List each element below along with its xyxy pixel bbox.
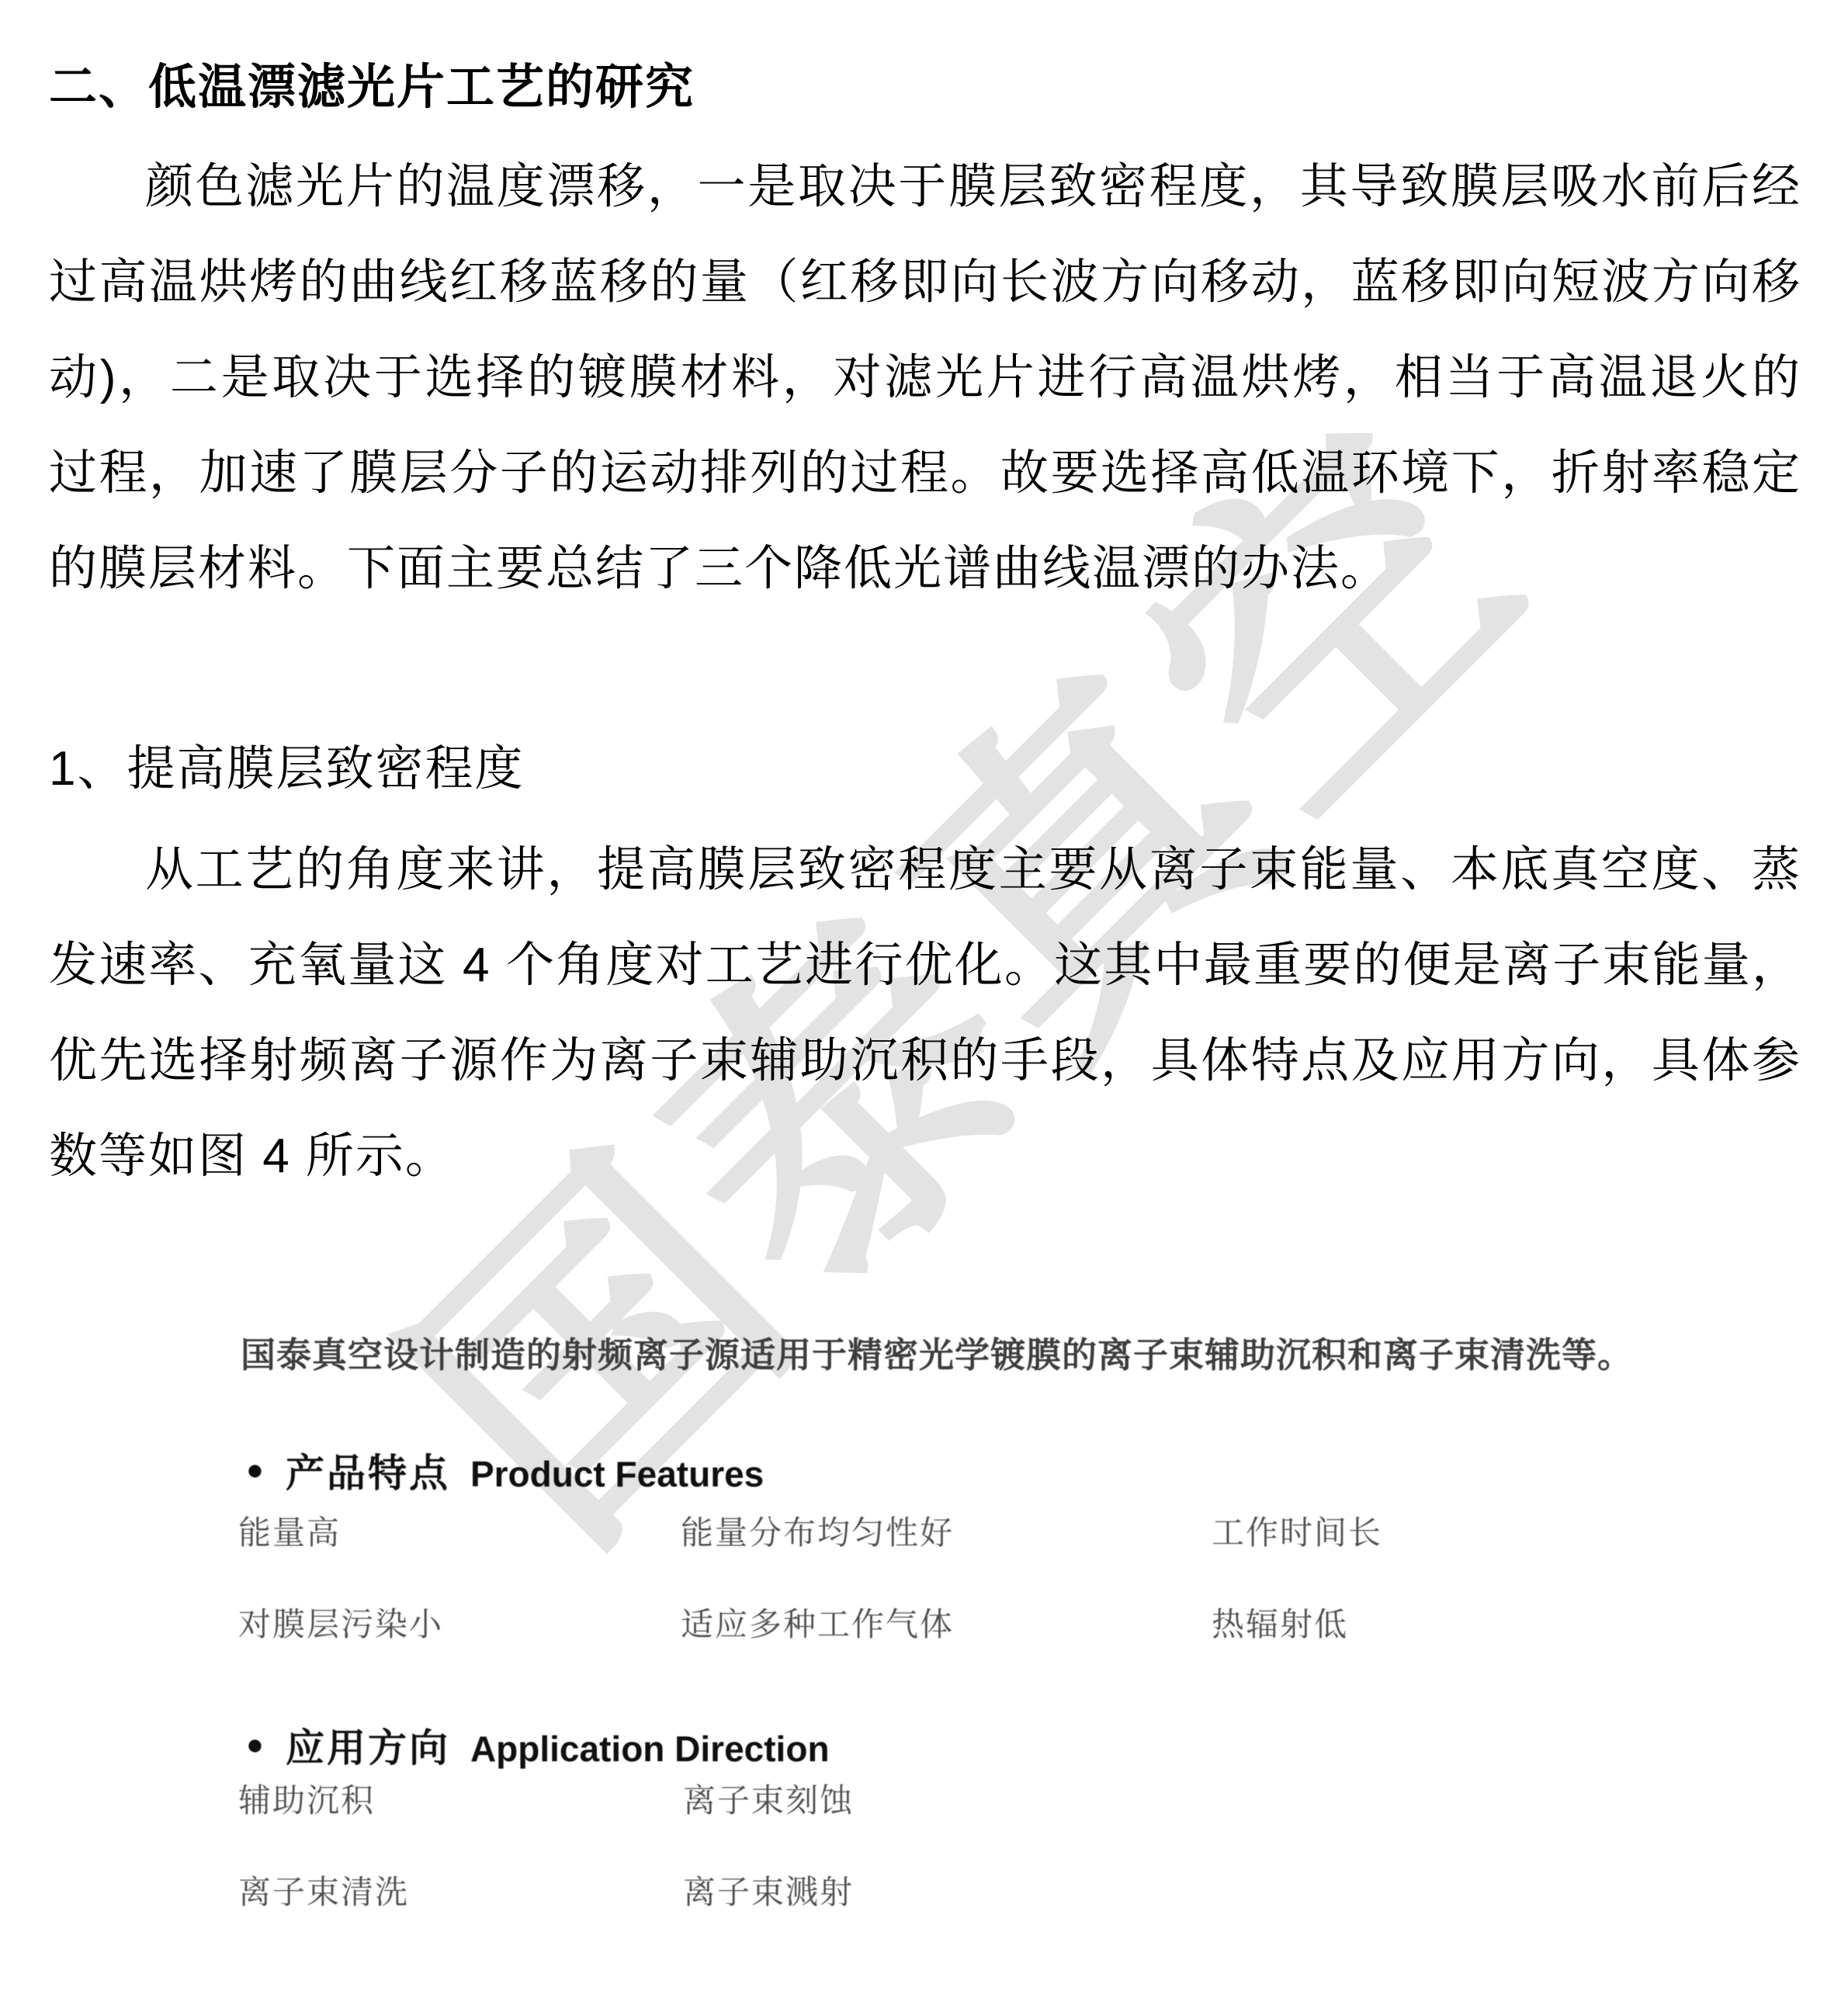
figure-caption: 国泰真空设计制造的射频离子源适用于精密光学镀膜的离子束辅助沉积和离子束清洗等。 bbox=[241, 1334, 1633, 1377]
product-features-row-2: 对膜层污染小 适应多种工作气体 热辐射低 bbox=[238, 1605, 1713, 1652]
application-item: 离子束清洗 bbox=[238, 1873, 409, 1913]
application-row-2: 离子束清洗 离子束溅射 bbox=[238, 1873, 1713, 1920]
application-row-1: 辅助沉积 离子束刻蚀 bbox=[238, 1781, 1713, 1828]
paragraph-process-optimization: 从工艺的角度来讲，提高膜层致密程度主要从离子束能量、本底真空度、蒸发速率、充氧量… bbox=[49, 822, 1801, 1204]
page-title: 二、低温漂滤光片工艺的研究 bbox=[49, 61, 695, 115]
feature-item: 能量分布均匀性好 bbox=[681, 1514, 954, 1554]
product-features-header: ● 产品特点 Product Features bbox=[246, 1442, 764, 1498]
feature-item: 能量高 bbox=[238, 1514, 341, 1554]
product-features-title-en: Product Features bbox=[470, 1453, 764, 1495]
feature-item: 对膜层污染小 bbox=[238, 1605, 443, 1646]
product-features-row-1: 能量高 能量分布均匀性好 工作时间长 bbox=[238, 1514, 1713, 1560]
application-direction-title-en: Application Direction bbox=[470, 1728, 830, 1770]
application-item: 离子束溅射 bbox=[683, 1873, 854, 1913]
application-direction-title-zh: 应用方向 bbox=[286, 1717, 450, 1773]
document-page: 国泰真空 二、低温漂滤光片工艺的研究 颜色滤光片的温度漂移，一是取决于膜层致密程… bbox=[0, 0, 1848, 2005]
feature-item: 适应多种工作气体 bbox=[681, 1605, 954, 1646]
application-direction-header: ● 应用方向 Application Direction bbox=[246, 1717, 830, 1773]
bullet-icon: ● bbox=[246, 1722, 264, 1768]
paragraph-temperature-drift: 颜色滤光片的温度漂移，一是取决于膜层致密程度，其导致膜层吸水前后经过高温烘烤的曲… bbox=[49, 139, 1801, 616]
feature-item: 热辐射低 bbox=[1212, 1605, 1348, 1646]
section-1-heading: 1、提高膜层致密程度 bbox=[49, 721, 524, 817]
feature-item: 工作时间长 bbox=[1212, 1514, 1382, 1554]
application-item: 辅助沉积 bbox=[238, 1781, 375, 1822]
figure-4-ion-source: 国泰真空设计制造的射频离子源适用于精密光学镀膜的离子束辅助沉积和离子束清洗等。 … bbox=[238, 1329, 1713, 1950]
application-item: 离子束刻蚀 bbox=[683, 1781, 854, 1822]
product-features-title-zh: 产品特点 bbox=[286, 1442, 450, 1498]
bullet-icon: ● bbox=[246, 1447, 264, 1493]
